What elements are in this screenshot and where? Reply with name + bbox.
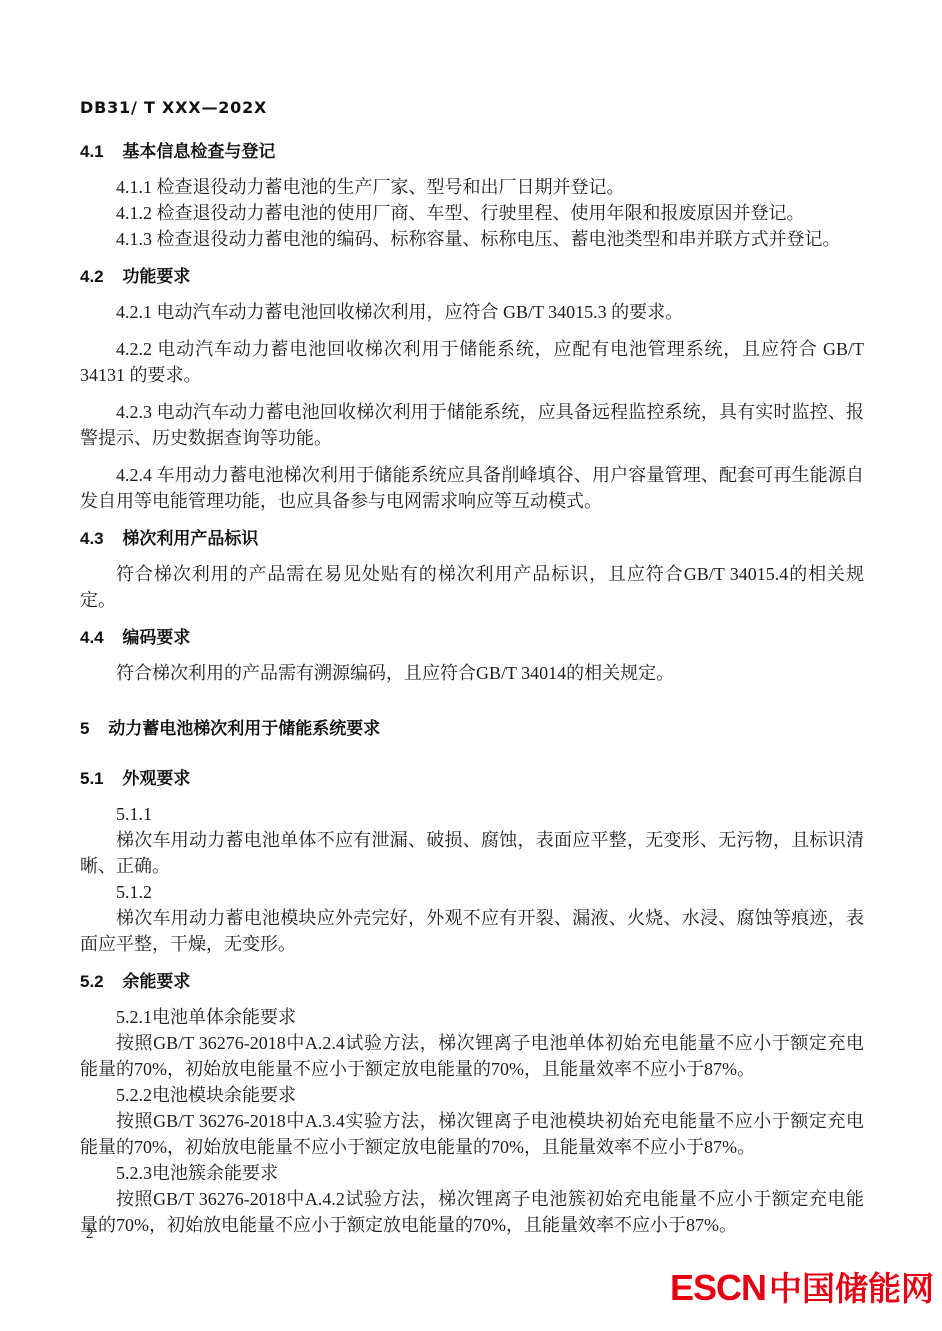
heading-4-4-title: 编码要求 — [122, 628, 190, 647]
heading-4-3-title: 梯次利用产品标识 — [122, 529, 258, 548]
heading-5-1: 5.1 外观要求 — [80, 766, 864, 792]
clause-4-1-3: 4.1.3 检查退役动力蓄电池的编码、标称容量、标称电压、蓄电池类型和串并联方式… — [80, 226, 864, 252]
heading-4-4: 4.4 编码要求 — [80, 625, 864, 651]
clause-5-1-1-body: 梯次车用动力蓄电池单体不应有泄漏、破损、腐蚀，表面应平整，无变形、无污物，且标识… — [80, 827, 864, 879]
heading-4-2-title: 功能要求 — [122, 267, 190, 286]
heading-5-1-number: 5.1 — [80, 769, 104, 788]
heading-4-2-number: 4.2 — [80, 267, 104, 286]
heading-5: 5 动力蓄电池梯次利用于储能系统要求 — [80, 716, 864, 742]
escn-logo-latin: ESCN — [670, 1270, 766, 1306]
clause-5-1-2-label: 5.1.2 — [80, 879, 864, 905]
clause-5-2-1-body: 按照GB/T 36276-2018中A.2.4试验方法，梯次锂离子电池单体初始充… — [80, 1030, 864, 1082]
doc-code-header: DB31/ T XXX—202X — [80, 97, 864, 119]
heading-5-1-title: 外观要求 — [122, 769, 190, 788]
heading-4-3: 4.3 梯次利用产品标识 — [80, 526, 864, 552]
clause-4-1-1: 4.1.1 检查退役动力蓄电池的生产厂家、型号和出厂日期并登记。 — [80, 174, 864, 200]
heading-5-2-title: 余能要求 — [122, 972, 190, 991]
clause-4-2-2: 4.2.2 电动汽车动力蓄电池回收梯次利用于储能系统，应配有电池管理系统，且应符… — [80, 336, 864, 388]
heading-4-1-number: 4.1 — [80, 142, 104, 161]
clause-5-2-3-label: 5.2.3电池簇余能要求 — [80, 1160, 864, 1186]
clause-4-2-3: 4.2.3 电动汽车动力蓄电池回收梯次利用于储能系统，应具备远程监控系统，具有实… — [80, 399, 864, 451]
clause-5-2-3-body: 按照GB/T 36276-2018中A.4.2试验方法，梯次锂离子电池簇初始充电… — [80, 1186, 864, 1238]
heading-4-2: 4.2 功能要求 — [80, 264, 864, 290]
clause-4-4-body: 符合梯次利用的产品需有溯源编码，且应符合GB/T 34014的相关规定。 — [80, 660, 864, 686]
heading-5-2-number: 5.2 — [80, 972, 104, 991]
clause-4-2-1: 4.2.1 电动汽车动力蓄电池回收梯次利用，应符合 GB/T 34015.3 的… — [80, 299, 864, 325]
heading-5-title: 动力蓄电池梯次利用于储能系统要求 — [108, 719, 380, 738]
escn-logo-chinese: 中国储能网 — [769, 1272, 934, 1305]
heading-4-1: 4.1 基本信息检查与登记 — [80, 139, 864, 165]
page-number: 2 — [86, 1226, 94, 1243]
heading-5-number: 5 — [80, 719, 89, 738]
clause-5-2-1-label: 5.2.1电池单体余能要求 — [80, 1004, 864, 1030]
clause-5-1-1-label: 5.1.1 — [80, 801, 864, 827]
clause-4-3-body: 符合梯次利用的产品需在易见处贴有的梯次利用产品标识，且应符合GB/T 34015… — [80, 561, 864, 613]
heading-4-1-title: 基本信息检查与登记 — [122, 142, 275, 161]
clause-4-1-2: 4.1.2 检查退役动力蓄电池的使用厂商、车型、行驶里程、使用年限和报废原因并登… — [80, 200, 864, 226]
escn-logo: ESCN 中国储能网 — [670, 1270, 934, 1306]
heading-4-4-number: 4.4 — [80, 628, 104, 647]
heading-5-2: 5.2 余能要求 — [80, 969, 864, 995]
clause-5-2-2-body: 按照GB/T 36276-2018中A.3.4实验方法，梯次锂离子电池模块初始充… — [80, 1108, 864, 1160]
document-page: DB31/ T XXX—202X 4.1 基本信息检查与登记 4.1.1 检查退… — [0, 0, 942, 1331]
clause-4-2-4: 4.2.4 车用动力蓄电池梯次利用于储能系统应具备削峰填谷、用户容量管理、配套可… — [80, 462, 864, 514]
heading-4-3-number: 4.3 — [80, 529, 104, 548]
clause-5-2-2-label: 5.2.2电池模块余能要求 — [80, 1082, 864, 1108]
clause-5-1-2-body: 梯次车用动力蓄电池模块应外壳完好，外观不应有开裂、漏液、火烧、水浸、腐蚀等痕迹，… — [80, 905, 864, 957]
